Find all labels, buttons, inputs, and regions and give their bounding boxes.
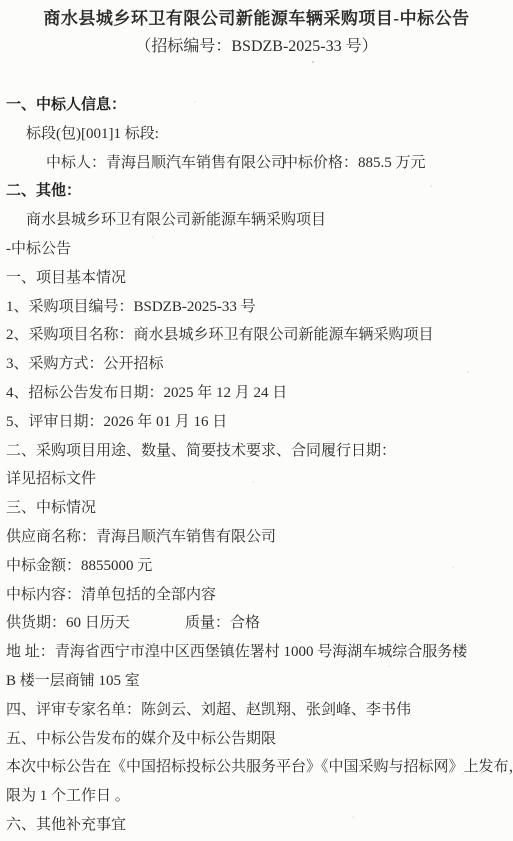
section-award-info: 三、中标情况 bbox=[6, 494, 509, 523]
tender-number-subtitle: （招标编号：BSDZB-2025-33 号） bbox=[0, 33, 513, 61]
section-other-matters: 六、其他补充事宜 bbox=[6, 811, 509, 840]
line-media-1: 本次中标公告在《中国招标投标公共服务平台》《中国采购与招标网》上发布，中标公告期 bbox=[6, 753, 509, 782]
item-review-date: 5、评审日期：2026 年 01 月 16 日 bbox=[6, 408, 509, 437]
supply-row: 供货期：60 日历天质量：合格 bbox=[6, 609, 509, 638]
project-name-line: 商水县城乡环卫有限公司新能源车辆采购项目 bbox=[6, 206, 509, 235]
item-project-number: 1、采购项目编号：BSDZB-2025-33 号 bbox=[6, 293, 509, 322]
scanned-document-page: 商水县城乡环卫有限公司新能源车辆采购项目-中标公告 （招标编号：BSDZB-20… bbox=[0, 0, 513, 841]
line-award-content: 中标内容：清单包括的全部内容 bbox=[6, 581, 509, 610]
item-announce-date: 4、招标公告发布日期：2025 年 12 月 24 日 bbox=[6, 379, 509, 408]
winner-row: 中标人：青海吕顺汽车销售有限公司中标价格：885.5 万元 bbox=[6, 149, 509, 178]
supply-period: 供货期：60 日历天 bbox=[6, 615, 130, 631]
line-address-continued: B 楼一层商铺 105 室 bbox=[6, 667, 509, 696]
winner-name: 中标人：青海吕顺汽车销售有限公司 bbox=[46, 155, 286, 171]
scan-noise-specks bbox=[312, 61, 314, 63]
document-title: 商水县城乡环卫有限公司新能源车辆采购项目-中标公告 bbox=[0, 4, 513, 34]
lot-line: 标段(包)[001]1 标段: bbox=[6, 120, 509, 149]
announcement-suffix-line: -中标公告 bbox=[6, 235, 509, 264]
line-address: 地 址：青海省西宁市湟中区西堡镇佐署村 1000 号海湖车城综合服务楼 bbox=[6, 638, 509, 667]
line-see-tender-docs: 详见招标文件 bbox=[6, 465, 509, 494]
line-media-2: 限为 1 个工作日 。 bbox=[6, 782, 509, 811]
section-expert-list: 四、评审专家名单：陈剑云、刘超、赵凯翔、张剑峰、李书伟 bbox=[6, 696, 509, 725]
quality-value: 质量：合格 bbox=[185, 609, 260, 638]
heading-other: 二、其他： bbox=[6, 177, 509, 206]
document-body: 一、中标人信息： 标段(包)[001]1 标段: 中标人：青海吕顺汽车销售有限公… bbox=[6, 91, 509, 840]
item-project-name: 2、采购项目名称：商水县城乡环卫有限公司新能源车辆采购项目 bbox=[6, 321, 509, 350]
section-media-period: 五、中标公告发布的媒介及中标公告期限 bbox=[6, 725, 509, 754]
winner-price: 中标价格：885.5 万元 bbox=[283, 149, 426, 178]
section-usage-requirements: 二、采购项目用途、数量、简要技术要求、合同履行日期： bbox=[6, 437, 509, 466]
item-procurement-method: 3、采购方式：公开招标 bbox=[6, 350, 509, 379]
heading-winner-info: 一、中标人信息： bbox=[6, 91, 509, 120]
line-award-amount: 中标金额：8855000 元 bbox=[6, 552, 509, 581]
section-basic-info: 一、项目基本情况 bbox=[6, 264, 509, 293]
line-supplier-name: 供应商名称：青海吕顺汽车销售有限公司 bbox=[6, 523, 509, 552]
